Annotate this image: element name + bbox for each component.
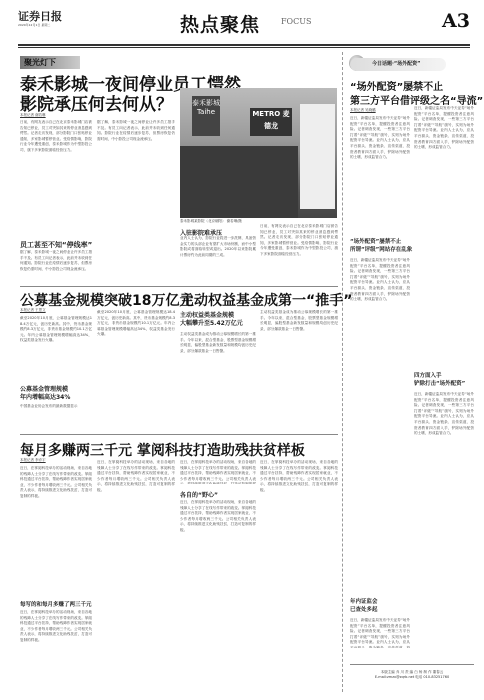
right-subhead-2: 四方面入手 铲除打击“场外配资”	[414, 372, 465, 388]
bottom-body-col4: 近日，在掌阅科技举办的活动现场，来自各地的残障人士分享了在线写作带来的改变。掌阅…	[260, 460, 338, 690]
right-subhead-1: “场外配资”屡禁不止 所谓“评级”网站存在乱象	[350, 238, 412, 254]
right-body-col1: 近日，新疆证监局发布中天证券“场外配资”平台名单，提醒投资者注意风险。记者调查发…	[350, 116, 410, 234]
fund-body-col1: 截至2020年10月底，公募基金管理规模达18.4万亿元，创历史新高。其中，货币…	[20, 316, 92, 384]
bottom-subhead-2: 每写的和每月多赚了两三千元	[20, 600, 92, 608]
issue-date: 2020年12月1日 星期二	[18, 23, 50, 27]
lead-body-col4: 日前，有网友表示自己在北京泰禾影城门店被告知已停业，员工对突如其来的停业消息感到…	[260, 224, 338, 282]
metro-sign: METRO 麦德龙	[250, 108, 292, 136]
bottom-body-col1b: 近日，在掌阅科技举办的活动现场，来自各地的残障人士分享了在线写作带来的改变。掌阅…	[20, 610, 92, 690]
header-rule	[18, 44, 470, 46]
lead-body-col2: 据了解，泰禾影城一夜之间停业让许多员工措手不及。有员工向记者表示，此前并未收到任…	[97, 120, 175, 282]
right-body-col2: 近日，新疆证监局发布中天证券“场外配资”平台名单，提醒投资者注意风险。记者调查发…	[414, 106, 474, 368]
bottom-body-col3: 近日，在掌阅科技举办的活动现场，来自各地的残障人士分享了在线写作带来的改变。掌阅…	[180, 500, 256, 690]
equity-body-col2: 主动权益类基金成为推动公募规模增长的第一推手。今年以来，混合型基金、股票型基金规…	[260, 310, 338, 428]
right-byline: 本报记者 吴晓璐	[350, 108, 376, 113]
page-number: A3	[442, 10, 470, 32]
right-body-col1b: 近日，新疆证监局发布中天证券“场外配资”平台名单，提醒投资者注意风险。记者调查发…	[350, 258, 410, 580]
section-title: 热点聚焦	[180, 10, 260, 37]
footer-rule	[350, 664, 474, 665]
fund-subhead: 公募基金管理规模 年内增幅高达34%	[20, 386, 70, 402]
building-shape	[180, 146, 298, 218]
right-headline-2: 第三方平台借评级之名“导流”	[350, 92, 483, 107]
lead-body-col1b: 据了解，泰禾影城一夜之间停业让许多员工措手不及。有员工向记者表示，此前并未收到任…	[20, 250, 92, 282]
fund-headline: 公募基金规模突破18万亿元	[20, 290, 193, 310]
lead-body-col1: 日前，有网友表示自己在北京泰禾影城门店被告知已停业，员工对突如其来的停业消息感到…	[20, 120, 92, 240]
bottom-body-col1: 近日，在掌阅科技举办的活动现场，来自各地的残障人士分享了在线写作带来的改变。掌阅…	[20, 466, 92, 596]
right-headline-1: “场外配资”屡禁不止	[350, 78, 443, 93]
right-body-col2b: 近日，新疆证监局发布中天证券“场外配资”平台名单，提醒投资者注意风险。记者调查发…	[414, 392, 474, 650]
equity-body-col1: 主动权益类基金成为推动公募规模增长的第一推手。今年以来，混合型基金、股票型基金规…	[180, 332, 256, 428]
lead-body-col3: 业内人士认为，影院行业将进一步洗牌，具备资金实力的头部企业有望扩大市场份额，而中…	[180, 236, 256, 282]
fund-body-col2: 截至2020年10月底，公募基金管理规模达18.4万亿元，创历史新高。其中，货币…	[97, 310, 175, 428]
bottom-body-col3a: 近日，在掌阅科技举办的活动现场，来自各地的残障人士分享了在线写作带来的改变。掌阅…	[180, 460, 256, 484]
newspaper-logo: 证券日报	[18, 8, 62, 24]
kicker-label: 聚光灯下	[20, 56, 80, 69]
section-divider-2	[20, 434, 338, 435]
cinema-photo: 泰禾影城 Taihe METRO 麦德龙	[180, 88, 337, 218]
lead-headline-2: 影院承压何去何从？	[20, 90, 173, 115]
footer-contact: E-mail:zmzx@zqrb.net 电话 010-83251760	[362, 675, 462, 680]
right-body-col1c: 近日，新疆证监局发布中天证券“场外配资”平台名单，提醒投资者注意风险。记者调查发…	[350, 618, 410, 648]
lead-byline: 本报记者 谢若琳	[20, 113, 46, 118]
fund-caption: 中国基金业协会发布的最新数据显示	[20, 404, 92, 424]
footer-credits: 本版主编 乔 川 责 编 白 杨 制 作 董春云 E-mail:zmzx@zqr…	[362, 670, 462, 680]
bottom-body-col2: 近日，在掌阅科技举办的活动现场，来自各地的残障人士分享了在线写作带来的改变。掌阅…	[97, 460, 175, 690]
column-divider	[342, 52, 343, 692]
section-divider	[20, 286, 338, 287]
photo-caption: 泰禾影城某影院（北京朝阳） 谢若琳/摄	[180, 219, 242, 224]
topic-tag: 今日话题·“场外配资”	[350, 58, 446, 71]
fund-byline: 本报记者 王思文	[20, 308, 46, 313]
equity-headline: 主动权益基金成第一“推手”	[180, 290, 352, 310]
right-subhead-3: 年内证监会 已查处多起	[350, 598, 378, 614]
bottom-byline: 本报记者 李乔宇	[20, 458, 46, 463]
bottom-headline: 每月多赚两三千元 掌阅科技打造助残扶贫样板	[20, 440, 305, 460]
bottom-subhead-1: 各自的“野心”	[180, 490, 218, 499]
cinema-sign: 泰禾影城 Taihe	[192, 96, 220, 136]
header-rule-thin	[18, 47, 470, 48]
lead-subhead: 员工甚至不知“停线率”	[20, 240, 92, 250]
equity-subhead: 主动权益类基金规模 大幅攀升至5.42万亿元	[180, 312, 243, 328]
section-english: FOCUS	[281, 17, 311, 26]
notice-paper	[300, 104, 335, 209]
masthead: 证券日报 2020年12月1日 星期二 热点聚焦 FOCUS A3	[18, 8, 470, 48]
